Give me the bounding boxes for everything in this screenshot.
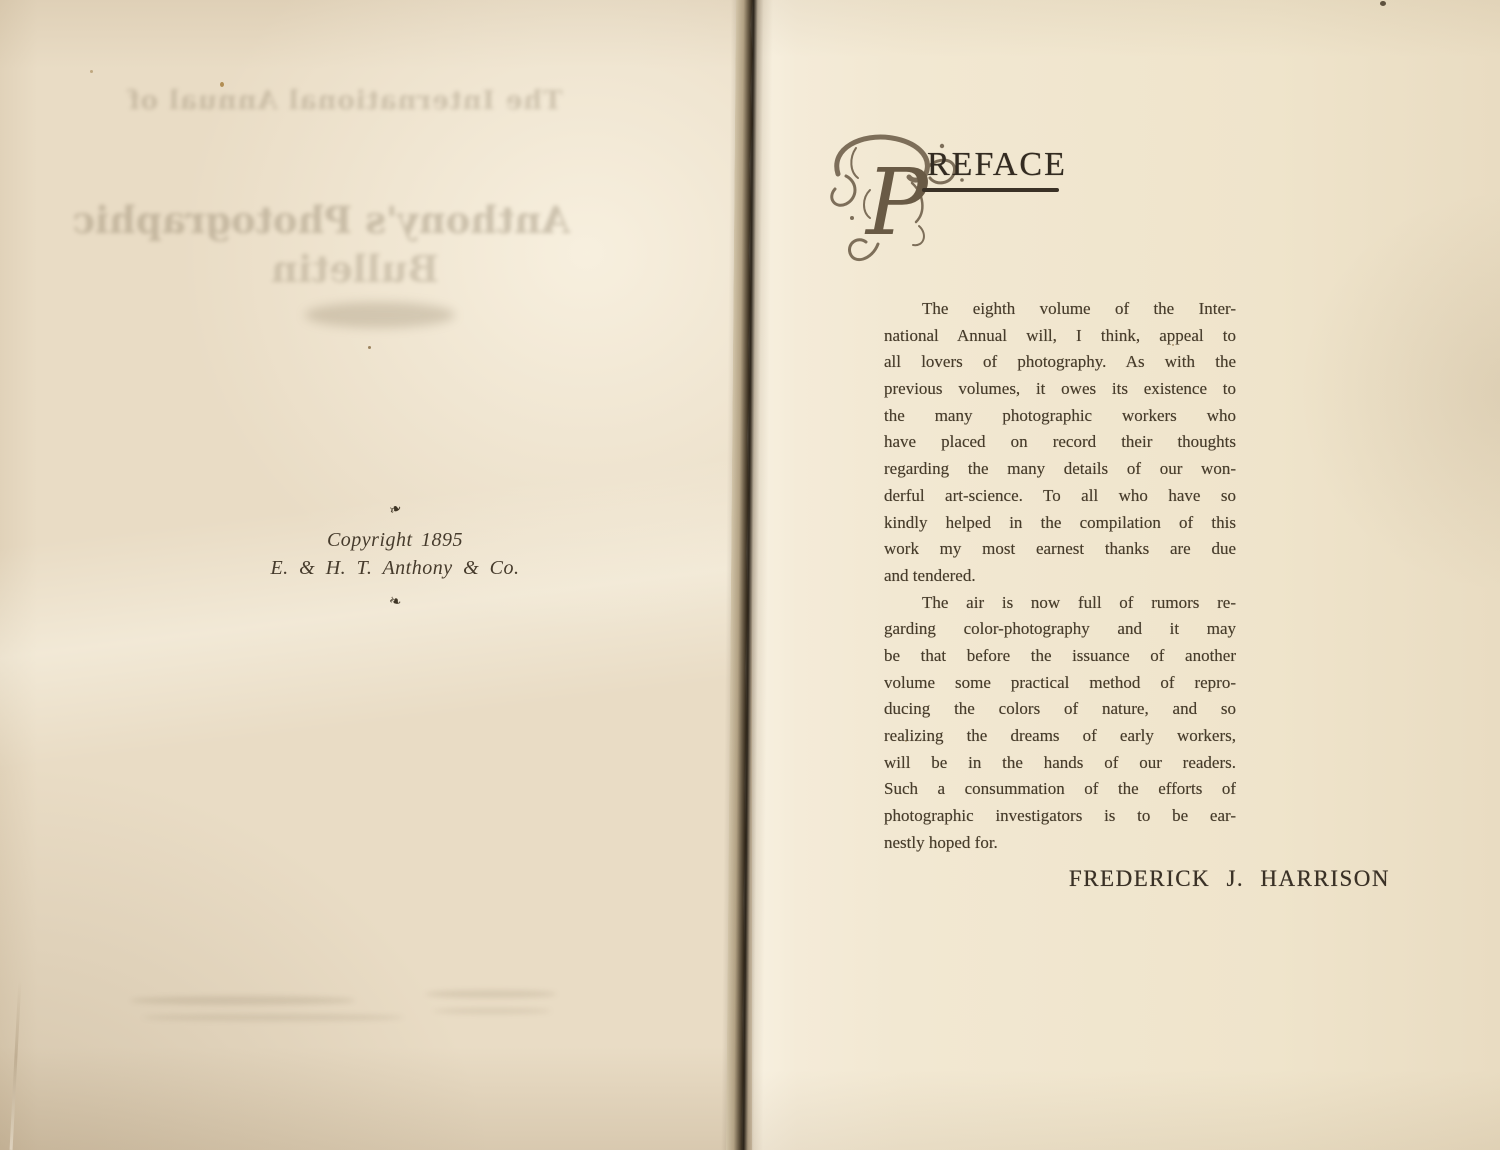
preface-line: be that before the issuance of another [884,643,1236,670]
page-crease [10,980,22,1150]
initial-letter: P [864,149,930,256]
ghost-showthrough-line: Bulletin [140,247,570,291]
leaf-ornament-wrap: ❧ [235,592,555,611]
left-page: The International Annual of Anthony's Ph… [0,0,752,1150]
heading-underline-rule [922,188,1059,192]
paper-speck [1380,1,1386,6]
paper-speck [90,70,93,73]
preface-line: The air is now full of rumors re- [884,590,1236,617]
preface-line: regarding the many details of our won- [884,456,1236,483]
ghost-showthrough-smudge [305,302,455,328]
preface-line: previous volumes, it owes its existence … [884,376,1236,403]
copyright-block: ❧ Copyright 1895 E. & H. T. Anthony & Co… [235,500,555,611]
publisher-line: E. & H. T. Anthony & Co. [235,557,555,580]
faint-imprint-smudge [433,1008,551,1014]
preface-line: garding color-photography and it may [884,616,1236,643]
preface-line: Such a consummation of the efforts of [884,776,1236,803]
preface-line: realizing the dreams of early workers, [884,723,1236,750]
preface-line: will be in the hands of our readers. [884,750,1236,777]
ghost-showthrough-line: Anthony's Photographic [140,198,570,242]
preface-line: ducing the colors of nature, and so [884,696,1236,723]
author-signature: FREDERICK J. HARRISON [884,866,1390,892]
leaf-ornament-wrap: ❧ [235,500,555,519]
faint-imprint-smudge [130,996,355,1005]
preface-line: photographic investigators is to be ear- [884,803,1236,830]
preface-line: volume some practical method of repro- [884,670,1236,697]
preface-line: and tendered. [884,563,1236,590]
paper-speck [368,346,371,349]
preface-line: kindly helped in the compilation of this [884,510,1236,537]
preface-line: national Annual will, I think, appeal to [884,323,1236,350]
faint-imprint-smudge [142,1014,404,1021]
hedera-leaf-icon: ❧ [387,591,404,612]
faint-imprint-smudge [425,990,557,998]
copyright-line: Copyright 1895 [235,529,555,552]
paper-speck [1172,344,1174,346]
hedera-leaf-icon: ❧ [386,498,404,519]
right-page: P REFACE The eighth volume of the Inter-… [752,0,1500,1150]
preface-heading: REFACE [927,146,1067,184]
preface-line: the many photographic workers who [884,403,1236,430]
ghost-showthrough-line: The International Annual of [120,86,570,116]
preface-line: have placed on record their thoughts [884,429,1236,456]
preface-line: work my most earnest thanks are due [884,536,1236,563]
paper-speck [905,740,907,742]
paper-speck [220,82,224,87]
book-spread: { "left_page": { "ghost_lines": [ "The I… [0,0,1500,1150]
preface-line: nestly hoped for. [884,830,1236,857]
preface-line: all lovers of photography. As with the [884,349,1236,376]
preface-line: The eighth volume of the Inter- [884,296,1236,323]
preface-line: derful art-science. To all who have so [884,483,1236,510]
preface-body: The eighth volume of the Inter- national… [884,296,1236,856]
